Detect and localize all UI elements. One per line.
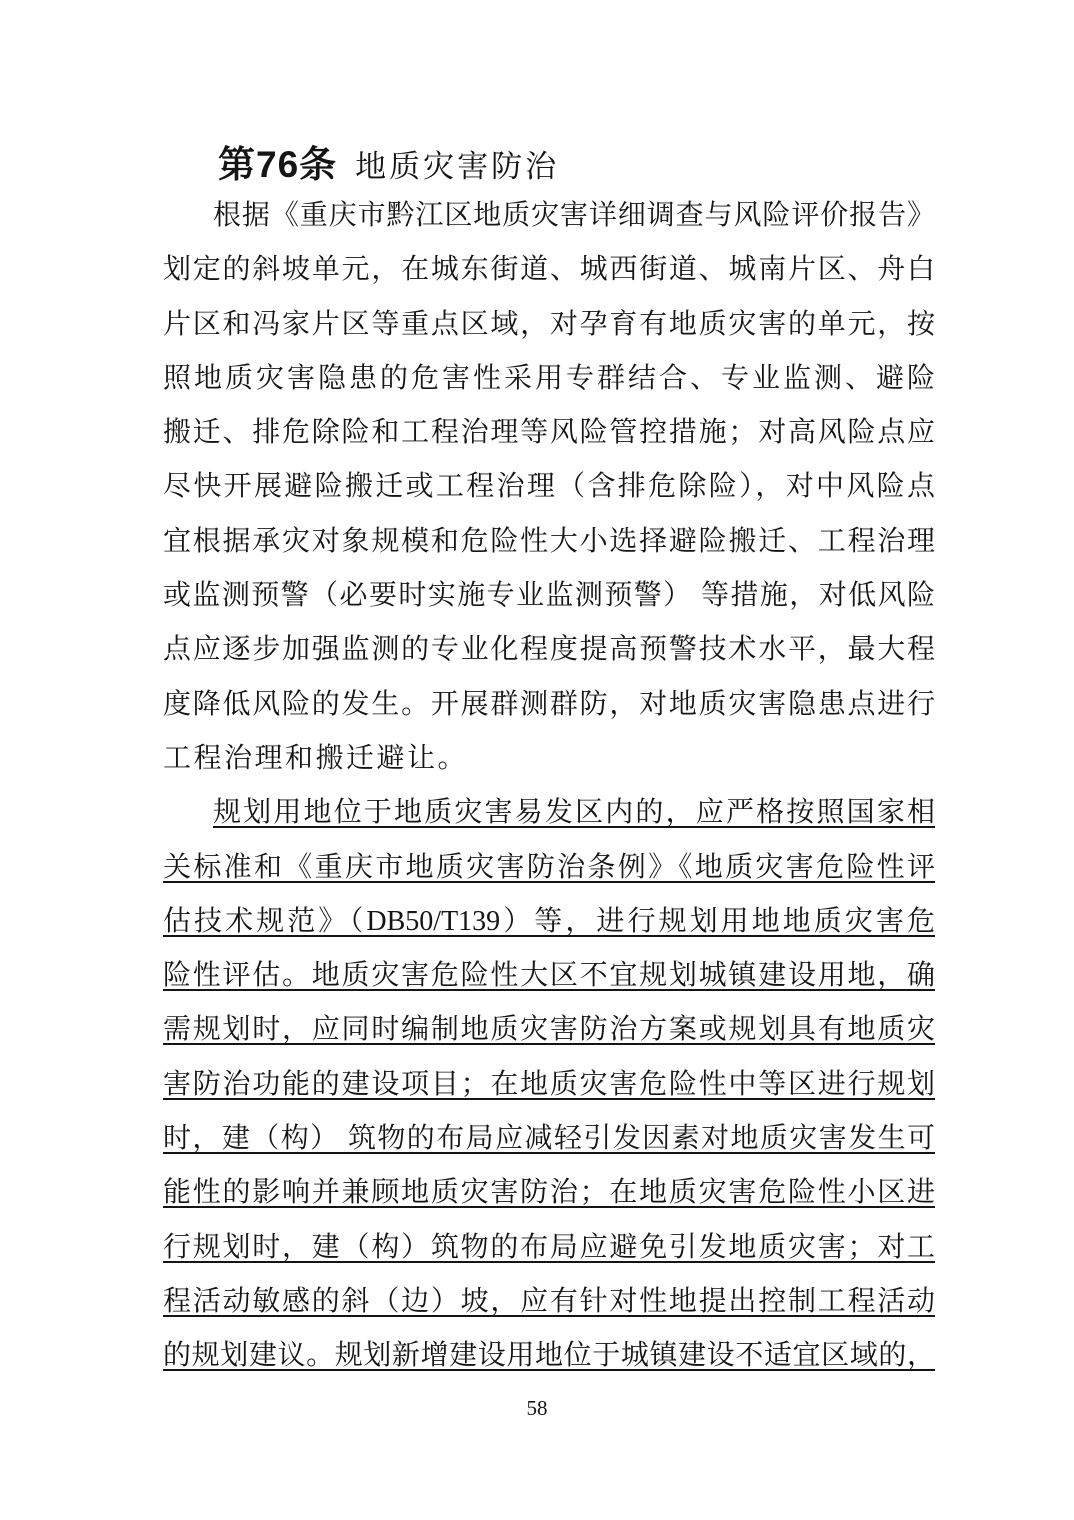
underlined-text-line: 需规划时，应同时编制地质灾害防治方案或规划具有地质灾	[163, 1003, 935, 1057]
text-line: 划定的斜坡单元，在城东街道、城西街道、城南片区、舟白	[163, 243, 935, 297]
underlined-text-line: 规划用地位于地质灾害易发区内的，应严格按照国家相	[163, 786, 935, 840]
text-line: 度降低风险的发生。开展群测群防，对地质灾害隐患点进行	[163, 678, 935, 732]
text-line: 工程治理和搬迁避让。	[163, 732, 935, 786]
underlined-text-line: 害防治功能的建设项目；在地质灾害危险性中等区进行规划	[163, 1058, 935, 1112]
text-line: 搬迁、排危除险和工程治理等风险管控措施；对高风险点应	[163, 406, 935, 460]
text-line: 根据《重庆市黔江区地质灾害详细调查与风险评价报告》	[163, 189, 935, 243]
underlined-text-line: 的规划建议。规划新增建设用地位于城镇建设不适宜区域的，	[163, 1329, 935, 1383]
text-line: 尽快开展避险搬迁或工程治理（含排危除险），对中风险点	[163, 460, 935, 514]
text-line: 或监测预警（必要时实施专业监测预警） 等措施，对低风险	[163, 569, 935, 623]
underlined-text-line: 行规划时，建（构）筑物的布局应避免引发地质灾害；对工	[163, 1221, 935, 1275]
article-number: 第76条	[218, 144, 337, 185]
underlined-text-line: 关标准和《重庆市地质灾害防治条例》《地质灾害危险性评	[163, 841, 935, 895]
text-line: 片区和冯家片区等重点区域，对孕育有地质灾害的单元，按	[163, 298, 935, 352]
text-block: 第76条地质灾害防治 根据《重庆市黔江区地质灾害详细调查与风险评价报告》 划定的…	[163, 140, 935, 1384]
underlined-text-line: 时，建（构） 筑物的布局应减轻引发因素对地质灾害发生可	[163, 1112, 935, 1166]
text-line: 宜根据承灾对象规模和危险性大小选择避险搬迁、工程治理	[163, 515, 935, 569]
underlined-text-line: 能性的影响并兼顾地质灾害防治；在地质灾害危险性小区进	[163, 1166, 935, 1220]
article-title: 地质灾害防治	[355, 149, 559, 184]
text-line: 点应逐步加强监测的专业化程度提高预警技术水平，最大程	[163, 623, 935, 677]
text-line: 照地质灾害隐患的危害性采用专群结合、专业监测、避险	[163, 352, 935, 406]
underlined-text-line: 估技术规范》（DB50/T139）等，进行规划用地地质灾害危	[163, 895, 935, 949]
page-number: 58	[0, 1396, 1074, 1421]
underlined-text-line: 险性评估。地质灾害危险性大区不宜规划城镇建设用地，确	[163, 949, 935, 1003]
underlined-text-line: 程活动敏感的斜（边）坡，应有针对性地提出控制工程活动	[163, 1275, 935, 1329]
article-heading: 第76条地质灾害防治	[163, 140, 935, 189]
document-page: 第76条地质灾害防治 根据《重庆市黔江区地质灾害详细调查与风险评价报告》 划定的…	[0, 0, 1074, 1520]
